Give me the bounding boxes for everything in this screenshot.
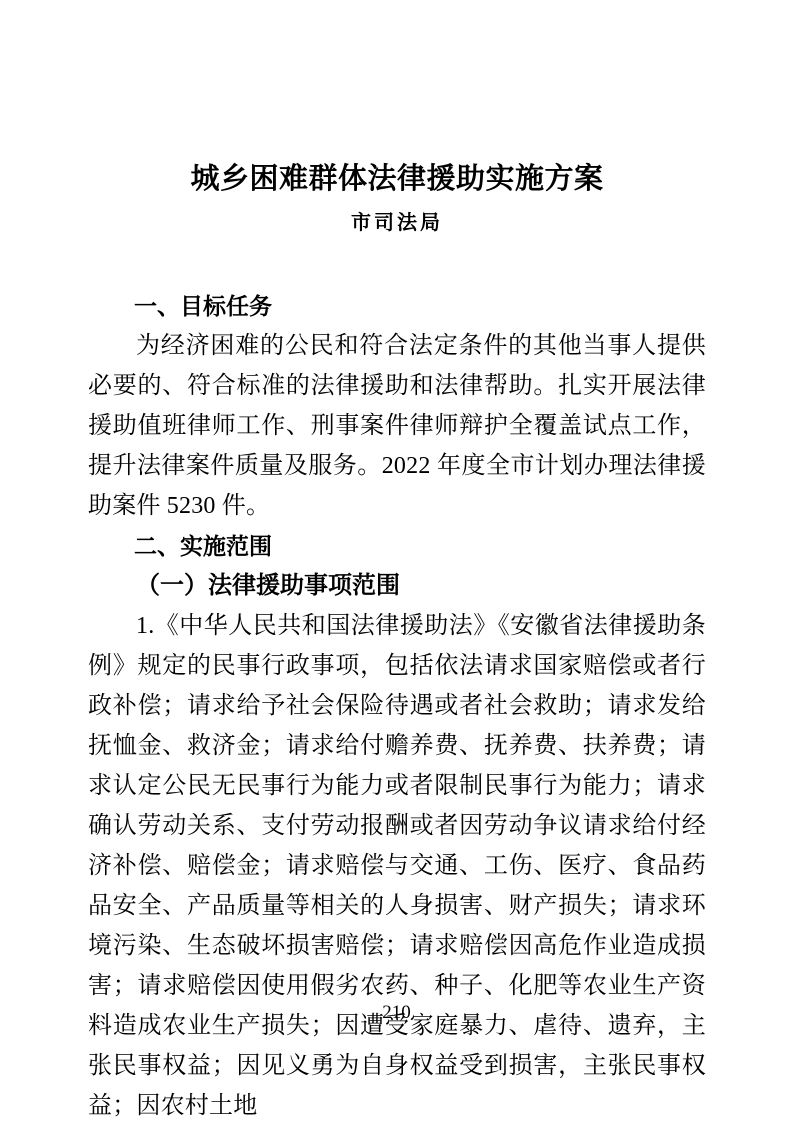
document-subtitle: 市司法局 [88, 206, 706, 240]
document-page: 城乡困难群体法律援助实施方案 市司法局 一、目标任务 为经济困难的公民和符合法定… [0, 0, 793, 1122]
document-title: 城乡困难群体法律援助实施方案 [88, 158, 706, 200]
section-1-paragraph: 为经济困难的公民和符合法定条件的其他当事人提供必要的、符合标准的法律援助和法律帮… [88, 326, 706, 526]
section-2-subheading: （一）法律援助事项范围 [88, 566, 706, 606]
section-1-heading: 一、目标任务 [88, 286, 706, 326]
document-body: 一、目标任务 为经济困难的公民和符合法定条件的其他当事人提供必要的、符合标准的法… [88, 286, 706, 1122]
section-2-heading: 二、实施范围 [88, 526, 706, 566]
page-number: 210 [0, 1000, 793, 1026]
section-2-paragraph: 1.《中华人民共和国法律援助法》《安徽省法律援助条例》规定的民事行政事项，包括依… [88, 606, 706, 1122]
